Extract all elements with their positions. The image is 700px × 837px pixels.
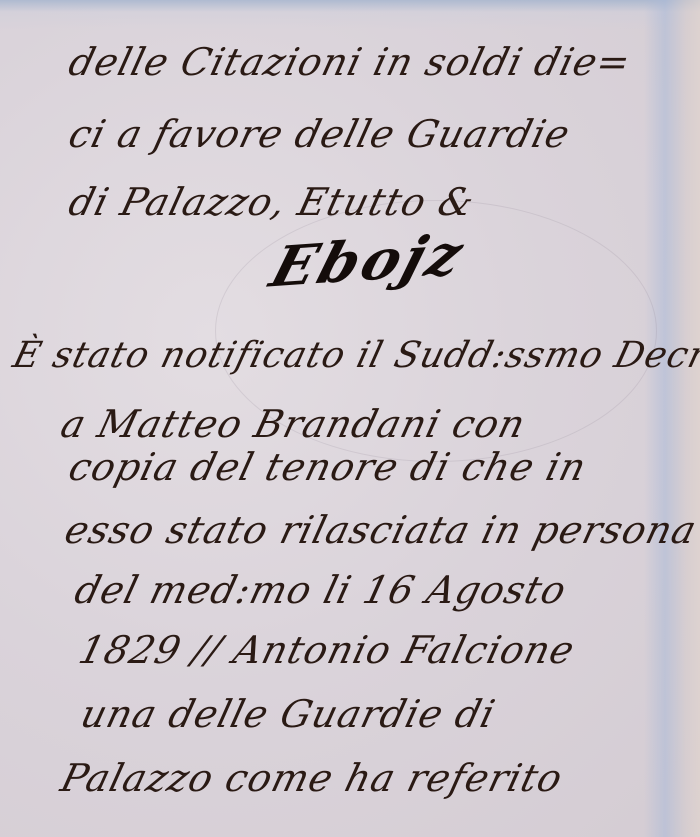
heading-line-2: ci a favore delle Guardie (65, 112, 575, 156)
body-line-1: È stato notificato il Sudd:ssmo Decreto (9, 335, 700, 376)
body-line-2: a Matteo Brandani con (57, 402, 531, 446)
heading-line-3: di Palazzo, Etutto & (65, 180, 480, 224)
body-line-6: 1829 // Antonio Falcione (75, 628, 580, 672)
manuscript-page: delle Citazioni in soldi die= ci a favor… (0, 0, 700, 837)
body-line-5: del med:mo li 16 Agosto (71, 568, 572, 612)
body-line-7: una delle Guardie di (77, 692, 501, 736)
body-line-8: Palazzo come ha referito (57, 756, 568, 800)
heading-line-1: delle Citazioni in soldi die= (65, 40, 636, 84)
body-line-3: copia del tenore di che in (65, 445, 592, 489)
body-line-4: esso stato rilasciata in persona (61, 508, 700, 552)
